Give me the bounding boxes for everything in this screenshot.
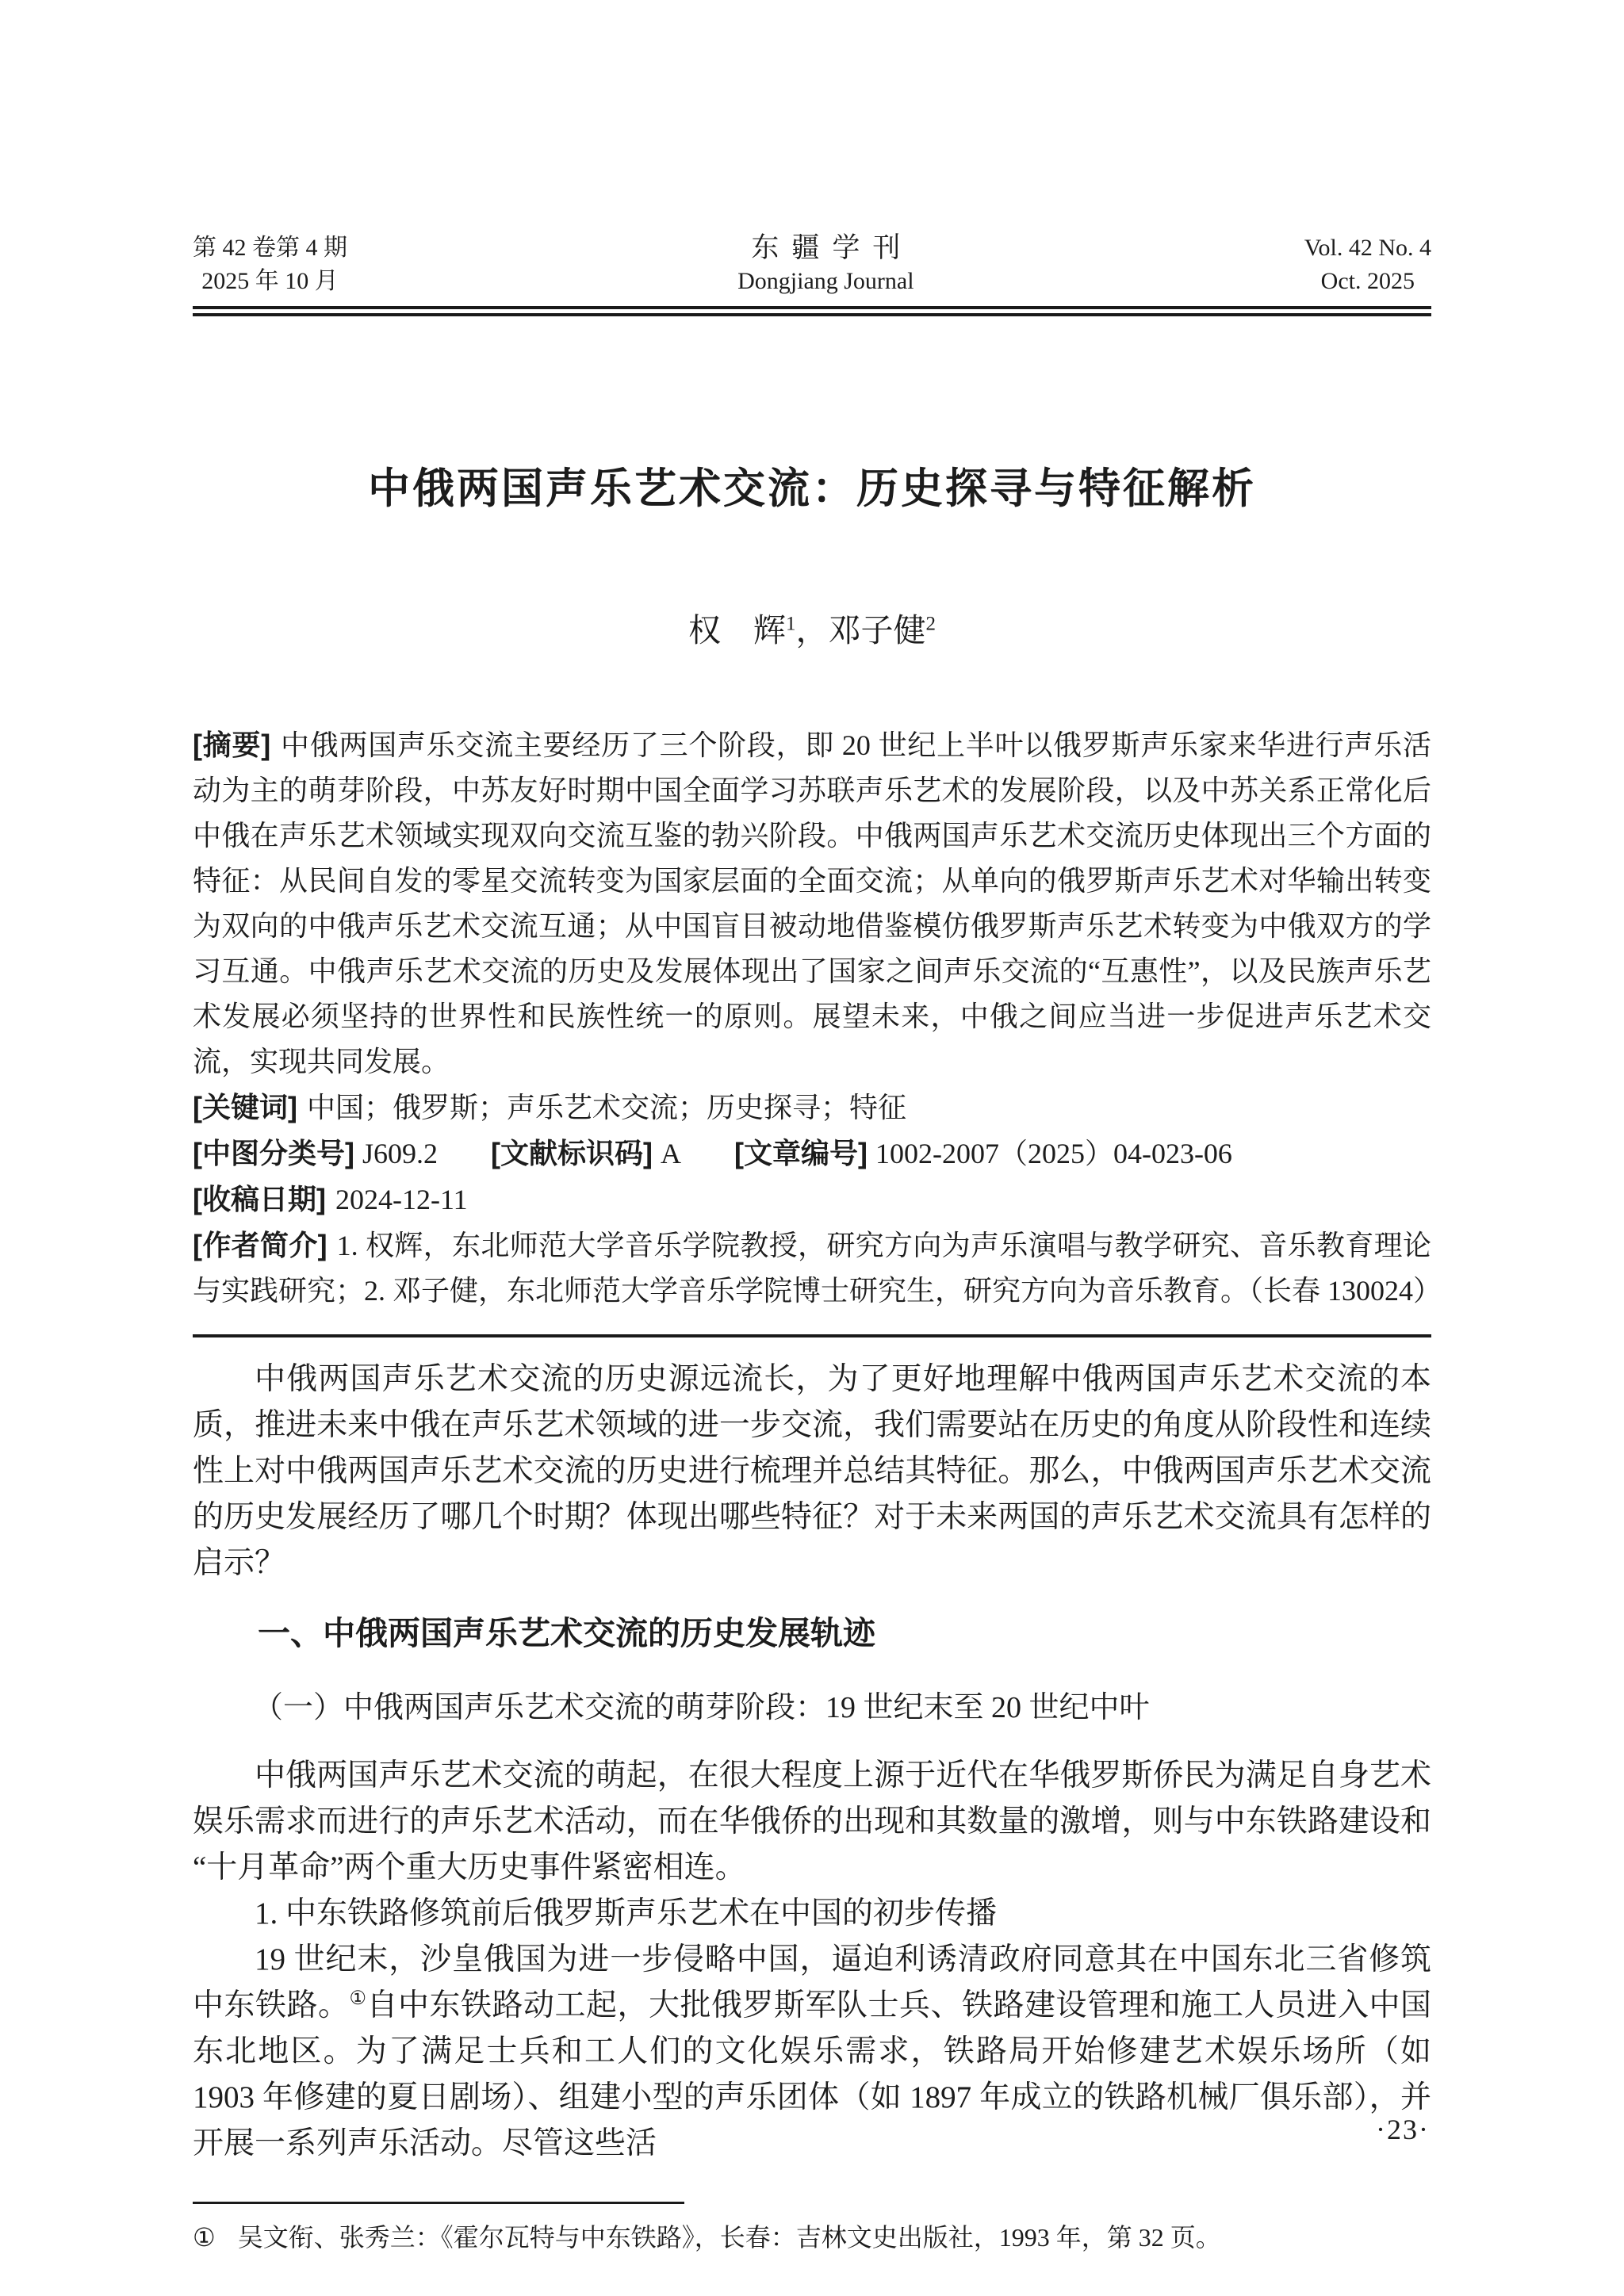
document-code: [文献标识码]A [491,1138,681,1169]
footnote-1-text: 吴文衔、张秀兰：《霍尔瓦特与中东铁路》，长春：吉林文史出版社，1993 年，第 … [238,2223,1221,2252]
masthead-divider [193,306,1431,316]
point-1-heading: 1. 中东铁路修筑前后俄罗斯声乐艺术在中国的初步传播 [193,1891,1431,1937]
journal-name: 东疆学刊 Dongjiang Journal [737,232,913,298]
clc-label: [中图分类号] [193,1137,354,1169]
paragraph-origin: 中俄两国声乐艺术交流的萌起，在很大程度上源于近代在华俄罗斯侨民为满足自身艺术娱乐… [193,1753,1431,1891]
subsection-1-1-heading: （一）中俄两国声乐艺术交流的萌芽阶段：19 世纪末至 20 世纪中叶 [193,1685,1431,1731]
article-id-label: [文章编号] [734,1137,868,1169]
issue-info-en: Vol. 42 No. 4 Oct. 2025 [1304,232,1431,298]
journal-masthead: 第 42 卷第 4 期 2025 年 10 月 东疆学刊 Dongjiang J… [193,0,1431,298]
keywords-text: 中国；俄罗斯；声乐艺术交流；历史探寻；特征 [307,1092,906,1123]
intro-paragraph: 中俄两国声乐艺术交流的历史源远流长，为了更好地理解中俄两国声乐艺术交流的本质，推… [193,1357,1431,1586]
footnote-divider [193,2202,684,2204]
clc-number: [中图分类号]J609.2 [193,1138,438,1169]
received-date-value: 2024-12-11 [335,1184,468,1215]
author-2: 邓子健 [829,612,926,649]
footnote-1-marker: ① [193,2223,216,2252]
issue-date-cn: 2025 年 10 月 [193,265,347,298]
author-1: 权 辉 [688,612,786,649]
volume-issue-cn: 第 42 卷第 4 期 [193,232,347,265]
page-footer: ①吴文衔、张秀兰：《霍尔瓦特与中东铁路》，长春：吉林文史出版社，1993 年，第… [193,2202,1431,2255]
page-number: ·23· [1376,2113,1430,2146]
journal-name-cn: 东疆学刊 [737,232,913,265]
author-bio: [作者简介]1. 权辉，东北师范大学音乐学院教授，研究方向为声乐演唱与教学研究、… [193,1223,1431,1314]
author-1-affiliation-mark: 1 [786,614,796,635]
authors-line: 权 辉1，邓子健2 [193,604,1431,651]
author-bio-text: 1. 权辉，东北师范大学音乐学院教授，研究方向为声乐演唱与教学研究、音乐教育理论… [193,1230,1442,1307]
footnote-ref-1: ① [350,1988,367,2009]
article-id-value: 1002-2007（2025）04-023-06 [875,1138,1232,1169]
paragraph-railway-text-2: 自中东铁路动工起，大批俄罗斯军队士兵、铁路建设管理和施工人员进入中国东北地区。为… [193,1988,1431,2160]
author-2-affiliation-mark: 2 [926,614,936,635]
paragraph-railway: 19 世纪末，沙皇俄国为进一步侵略中国，逼迫利诱清政府同意其在中国东北三省修筑中… [193,1937,1431,2167]
article-body: 中俄两国声乐艺术交流的历史源远流长，为了更好地理解中俄两国声乐艺术交流的本质，推… [193,1357,1431,2167]
article-title: 中俄两国声乐艺术交流：历史探寻与特征解析 [193,463,1431,515]
journal-page: 第 42 卷第 4 期 2025 年 10 月 东疆学刊 Dongjiang J… [0,0,1624,2296]
issue-info-cn: 第 42 卷第 4 期 2025 年 10 月 [193,232,347,298]
clc-value: J609.2 [362,1138,438,1169]
document-code-label: [文献标识码] [491,1137,653,1169]
abstract: [摘要]中俄两国声乐交流主要经历了三个阶段，即 20 世纪上半叶以俄罗斯声乐家来… [193,722,1431,1085]
meta-body-divider [193,1334,1431,1337]
received-date: [收稿日期]2024-12-11 [193,1177,1431,1223]
issue-date-en: Oct. 2025 [1304,265,1431,298]
keywords: [关键词]中国；俄罗斯；声乐艺术交流；历史探寻；特征 [193,1085,1431,1131]
abstract-text: 中俄两国声乐交流主要经历了三个阶段，即 20 世纪上半叶以俄罗斯声乐家来华进行声… [193,729,1431,1077]
document-code-value: A [661,1138,681,1169]
received-date-label: [收稿日期] [193,1183,326,1215]
article-id: [文章编号]1002-2007（2025）04-023-06 [734,1138,1232,1169]
section-1-heading: 一、中俄两国声乐艺术交流的历史发展轨迹 [193,1610,1431,1656]
author-bio-label: [作者简介] [193,1229,327,1261]
journal-name-en: Dongjiang Journal [737,265,913,298]
article-meta: [摘要]中俄两国声乐交流主要经历了三个阶段，即 20 世纪上半叶以俄罗斯声乐家来… [193,722,1431,1314]
keywords-label: [关键词] [193,1091,297,1123]
abstract-label: [摘要] [193,729,270,761]
footnote-1: ①吴文衔、张秀兰：《霍尔瓦特与中东铁路》，长春：吉林文史出版社，1993 年，第… [193,2220,1431,2255]
volume-issue-en: Vol. 42 No. 4 [1304,232,1431,265]
authors-separator: ， [796,612,829,649]
classification-line: [中图分类号]J609.2 [文献标识码]A [文章编号]1002-2007（2… [193,1131,1431,1177]
